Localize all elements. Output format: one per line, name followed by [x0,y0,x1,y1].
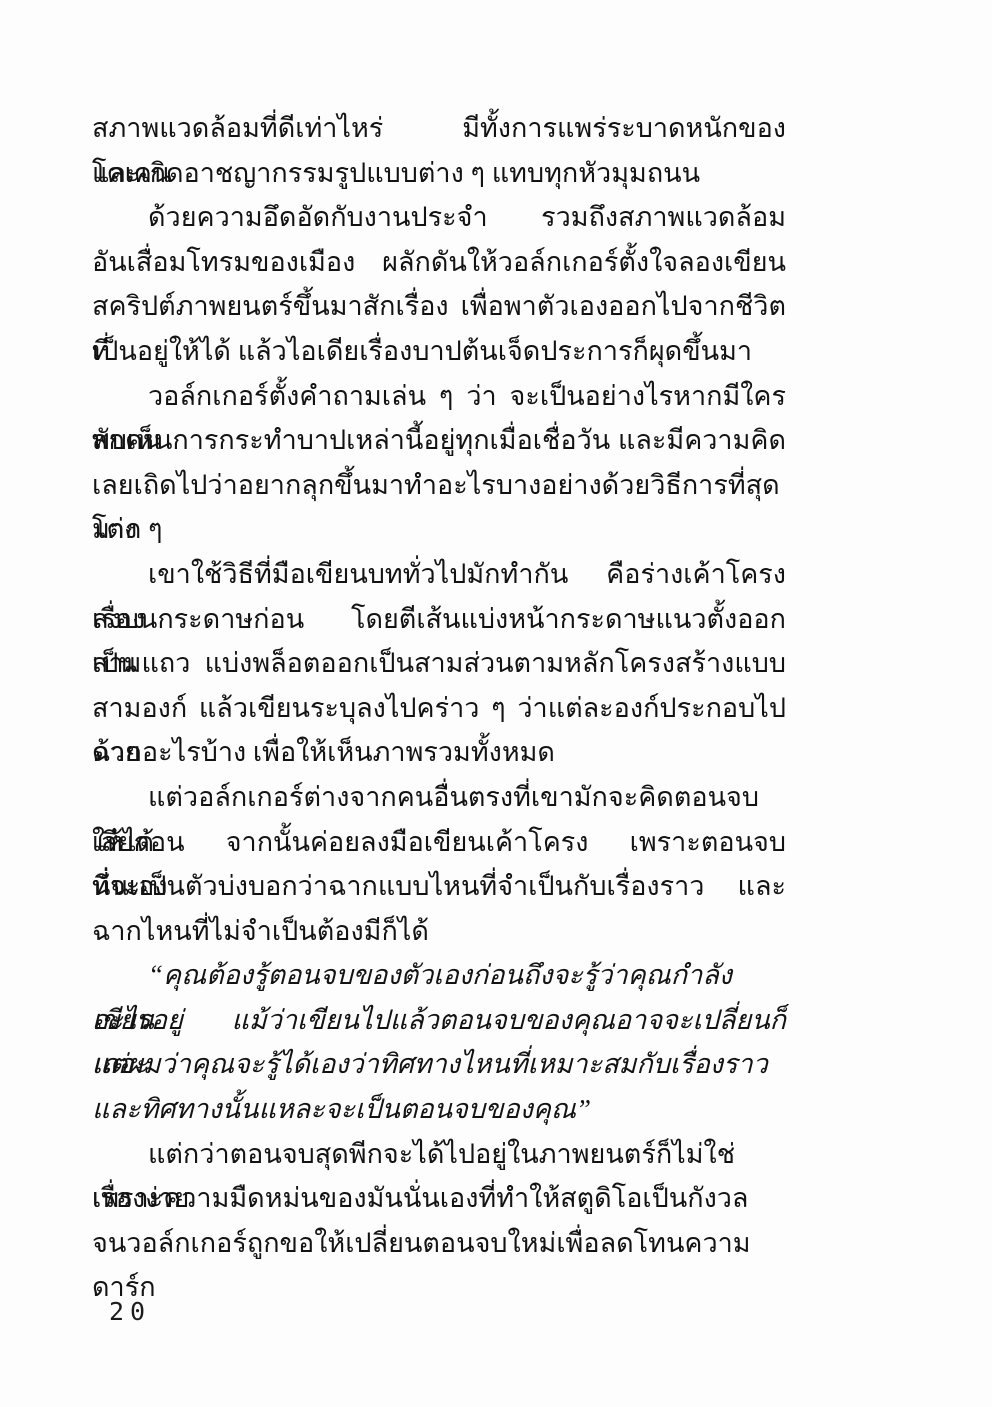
text-line: เพราะความมืดหม่นของมันนั่นเองที่ทำให้สตู… [92,1176,786,1221]
text-line: จนวอล์กเกอร์ถูกขอให้เปลี่ยนตอนจบใหม่เพื่… [92,1221,786,1266]
text-line: อันเสื่อมโทรมของเมือง ผลักดันให้วอล์กเกอ… [92,240,786,285]
page-text-block: สภาพแวดล้อมที่ดีเท่าไหร่ มีทั้งการแพร่ระ… [92,106,786,1265]
text-line: ลงบนกระดาษก่อน โดยตีเส้นแบ่งหน้ากระดาษแน… [92,597,786,642]
text-line: แต่วอล์กเกอร์ต่างจากคนอื่นตรงที่เขามักจะ… [92,775,786,820]
text-line: และเกิดอาชญากรรมรูปแบบต่าง ๆ แทบทุกหัวมุ… [92,151,786,196]
text-line: แต่กว่าตอนจบสุดพีกจะได้ไปอยู่ในภาพยนตร์ก… [92,1132,786,1177]
text-line: เลยเถิดไปว่าอยากลุกขึ้นมาทำอะไรบางอย่างด… [92,463,786,508]
text-line: พบเห็นการกระทำบาปเหล่านี้อยู่ทุกเมื่อเชื… [92,418,786,463]
book-page: สภาพแวดล้อมที่ดีเท่าไหร่ มีทั้งการแพร่ระ… [0,0,992,1407]
text-line: วอล์กเกอร์ตั้งคำถามเล่น ๆ ว่า จะเป็นอย่า… [92,374,786,419]
text-line: สามองก์ แล้วเขียนระบุลงไปคร่าว ๆ ว่าแต่ล… [92,686,786,731]
quote-line: “คุณต้องรู้ตอนจบของตัวเองก่อนถึงจะรู้ว่า… [92,953,786,998]
text-line: ฉากไหนที่ไม่จำเป็นต้องมีก็ได้ [92,909,786,954]
text-line: มาก ๆ [92,507,786,552]
text-line: ที่จะเป็นตัวบ่งบอกว่าฉากแบบไหนที่จำเป็นก… [92,864,786,909]
quote-line: แต่ผมว่าคุณจะรู้ได้เองว่าทิศทางไหนที่เหม… [92,1042,786,1087]
text-line: ฉากอะไรบ้าง เพื่อให้เห็นภาพรวมทั้งหมด [92,730,786,775]
text-line: สคริปต์ภาพยนตร์ขึ้นมาสักเรื่อง เพื่อพาตั… [92,284,786,329]
text-line: สภาพแวดล้อมที่ดีเท่าไหร่ มีทั้งการแพร่ระ… [92,106,786,151]
text-line: สามแถว แบ่งพล็อตออกเป็นสามส่วนตามหลักโคร… [92,641,786,686]
quote-line: และทิศทางนั้นแหละจะเป็นตอนจบของคุณ” [92,1087,786,1132]
text-line: เขาใช้วิธีที่มือเขียนบททั่วไปมักทำกัน คื… [92,552,786,597]
text-line: ด้วยความอึดอัดกับงานประจำ รวมถึงสภาพแวดล… [92,195,786,240]
text-line: เสียก่อน จากนั้นค่อยลงมือเขียนเค้าโครง เ… [92,820,786,865]
quote-line: อะไรอยู่ แม้ว่าเขียนไปแล้วตอนจบของคุณอาจ… [92,998,786,1043]
text-line: เป็นอยู่ให้ได้ แล้วไอเดียเรื่องบาปต้นเจ็… [92,329,786,374]
page-number: 20 [109,1298,151,1326]
